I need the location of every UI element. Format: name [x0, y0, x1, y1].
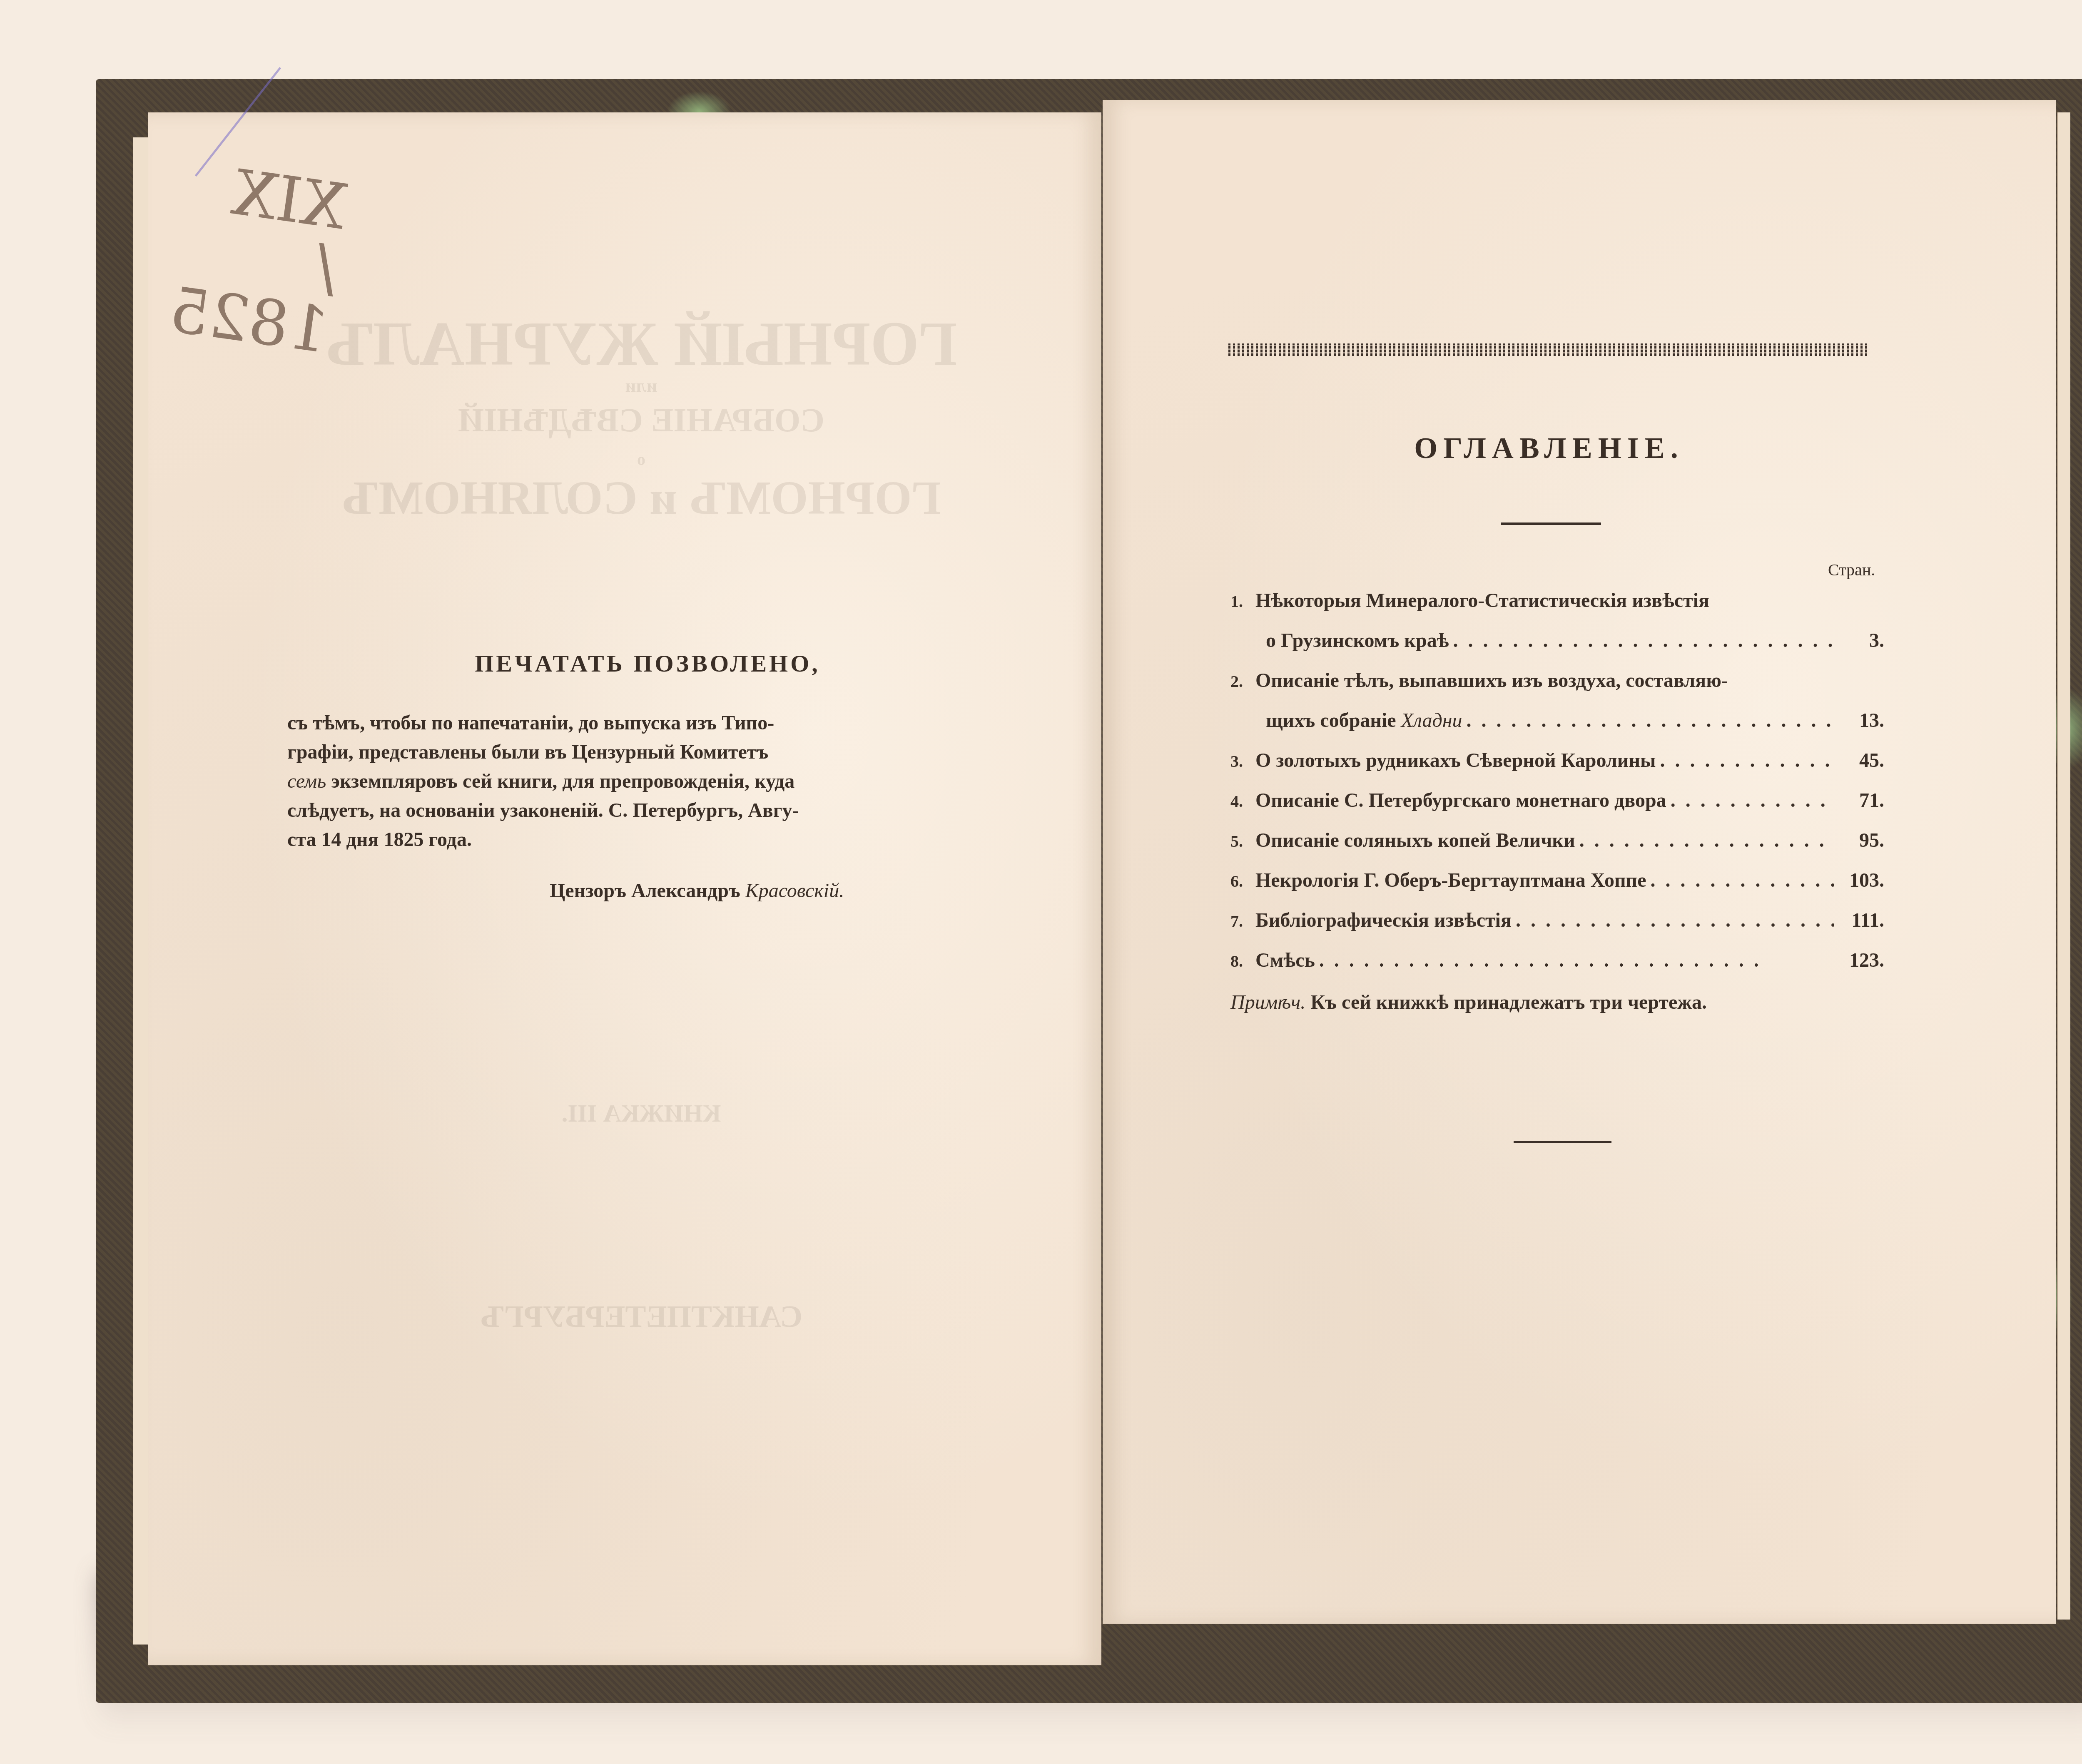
ghost-title: ГОРНЫЙ ЖУРНАЛЪ: [316, 308, 966, 380]
note-text: Къ сей книжкѣ принадлежатъ три чертежа.: [1310, 991, 1707, 1013]
entry-number: 8.: [1230, 951, 1255, 971]
imprimatur-heading: ПЕЧАТАТЬ ПОЗВОЛЕНО,: [304, 649, 991, 677]
entry-page: 111.: [1838, 909, 1884, 932]
entry-number: 1.: [1230, 592, 1255, 611]
entry-title: Описаніе С. Петербургскаго монетнаго дво…: [1255, 789, 1666, 812]
entry-page: 123.: [1838, 949, 1884, 972]
handwritten-shelfmark: XIX / 1825: [187, 158, 349, 363]
imprimatur-line: семь экземпляровъ сей книги, для препров…: [287, 767, 991, 796]
entry-title-cont: щихъ собраніе Хладни: [1266, 709, 1462, 732]
toc-title: ОГЛАВЛЕНІЕ.: [1228, 431, 1870, 465]
entry-title: Некрологія Г. Оберъ-Бергтауптмана Хоппе: [1255, 869, 1646, 892]
italic-word: семь: [287, 770, 326, 792]
right-page-edges: [2057, 112, 2070, 1620]
toc-entry-1-cont[interactable]: о Грузинскомъ краѣ .....................…: [1230, 629, 1884, 669]
decorative-ornament-rule: [1228, 343, 1870, 356]
ghost-line: СОБРАНІЕ СВѢДѢНІЙ: [316, 402, 966, 440]
entry-italic-name: Хладни: [1401, 709, 1462, 731]
leader-dots: ..............................: [1579, 829, 1834, 852]
entry-number: 2.: [1230, 672, 1255, 691]
entry-title: Нѣкоторыя Минералого-Статистическія извѣ…: [1255, 589, 1709, 612]
toc-footnote: Примѣч. Къ сей книжкѣ принадлежатъ три ч…: [1230, 991, 1707, 1014]
entry-number: 3.: [1230, 751, 1255, 771]
entry-page: 95.: [1838, 829, 1884, 852]
toc-entry-8[interactable]: 8. Смѣсь .............................. …: [1230, 949, 1884, 989]
toc-entry-5[interactable]: 5. Описаніе соляныхъ копей Велички .....…: [1230, 829, 1884, 869]
entry-title-cont: о Грузинскомъ краѣ: [1266, 629, 1449, 652]
entry-number: 5.: [1230, 831, 1255, 851]
entry-title-text: щихъ собраніе: [1266, 709, 1396, 731]
leader-dots: ..............................: [1671, 789, 1834, 812]
imprimatur-line: слѣдуетъ, на основаніи узаконеній. С. Пе…: [287, 796, 991, 825]
imprimatur-text: съ тѣмъ, чтобы по напечатаніи, до выпуск…: [287, 709, 991, 854]
entry-title: Описаніе тѣлъ, выпавшихъ изъ воздуха, со…: [1255, 669, 1728, 692]
censor-prefix: Цензоръ Александръ: [550, 880, 740, 902]
leader-dots: ..............................: [1467, 709, 1834, 732]
toc-list: 1. Нѣкоторыя Минералого-Статистическія и…: [1230, 589, 1884, 989]
toc-entry-1[interactable]: 1. Нѣкоторыя Минералого-Статистическія и…: [1230, 589, 1884, 629]
leader-dots: ..............................: [1651, 869, 1834, 892]
ghost-line: САНКТПЕТЕРБУРГЪ: [316, 1299, 966, 1335]
censor-name: Красовскій.: [745, 880, 844, 902]
leader-dots: ..............................: [1453, 629, 1834, 652]
ghost-line: о: [316, 450, 966, 469]
leader-dots: ..............................: [1516, 909, 1834, 932]
entry-title: О золотыхъ рудникахъ Сѣверной Каролины: [1255, 749, 1656, 772]
toc-entry-3[interactable]: 3. О золотыхъ рудникахъ Сѣверной Каролин…: [1230, 749, 1884, 789]
toc-entry-6[interactable]: 6. Некрологія Г. Оберъ-Бергтауптмана Хоп…: [1230, 869, 1884, 909]
censor-signature: Цензоръ Александръ Красовскій.: [550, 879, 991, 902]
entry-number: 6.: [1230, 871, 1255, 891]
entry-page: 13.: [1838, 709, 1884, 732]
leader-dots: ..............................: [1319, 949, 1834, 972]
imprimatur-line: графіи, представлены были въ Цензурный К…: [287, 738, 991, 767]
entry-number: 4.: [1230, 791, 1255, 811]
page-column-header: Стран.: [1828, 560, 1875, 580]
leader-dots: ..............................: [1660, 749, 1834, 772]
imprimatur-line: съ тѣмъ, чтобы по напечатаніи, до выпуск…: [287, 709, 991, 738]
title-separator: [1501, 522, 1601, 525]
toc-entry-4[interactable]: 4. Описаніе С. Петербургскаго монетнаго …: [1230, 789, 1884, 829]
note-label: Примѣч.: [1230, 991, 1305, 1013]
entry-page: 103.: [1838, 869, 1884, 892]
left-page-edges: [133, 137, 149, 1645]
closing-separator: [1514, 1141, 1611, 1143]
toc-entry-2-cont[interactable]: щихъ собраніе Хладни ...................…: [1230, 709, 1884, 749]
entry-page: 71.: [1838, 789, 1884, 812]
entry-title: Смѣсь: [1255, 949, 1315, 972]
toc-entry-7[interactable]: 7. Библіографическія извѣстія ..........…: [1230, 909, 1884, 949]
imprimatur-block: ПЕЧАТАТЬ ПОЗВОЛЕНО, съ тѣмъ, чтобы по на…: [287, 649, 991, 902]
toc-entry-2[interactable]: 2. Описаніе тѣлъ, выпавшихъ изъ воздуха,…: [1230, 669, 1884, 709]
entry-title: Описаніе соляныхъ копей Велички: [1255, 829, 1575, 852]
ghost-line: или: [316, 375, 966, 396]
entry-page: 45.: [1838, 749, 1884, 772]
ghost-line: КНИЖКА III.: [316, 1099, 966, 1128]
imprimatur-line: ста 14 дня 1825 года.: [287, 825, 991, 854]
imprimatur-line-rest: экземпляровъ сей книги, для препровожден…: [326, 770, 794, 792]
entry-number: 7.: [1230, 911, 1255, 931]
ghost-line: ГОРНОМЪ и СОЛЯНОМЪ: [316, 470, 966, 525]
entry-page: 3.: [1838, 629, 1884, 652]
entry-title: Библіографическія извѣстія: [1255, 909, 1512, 932]
